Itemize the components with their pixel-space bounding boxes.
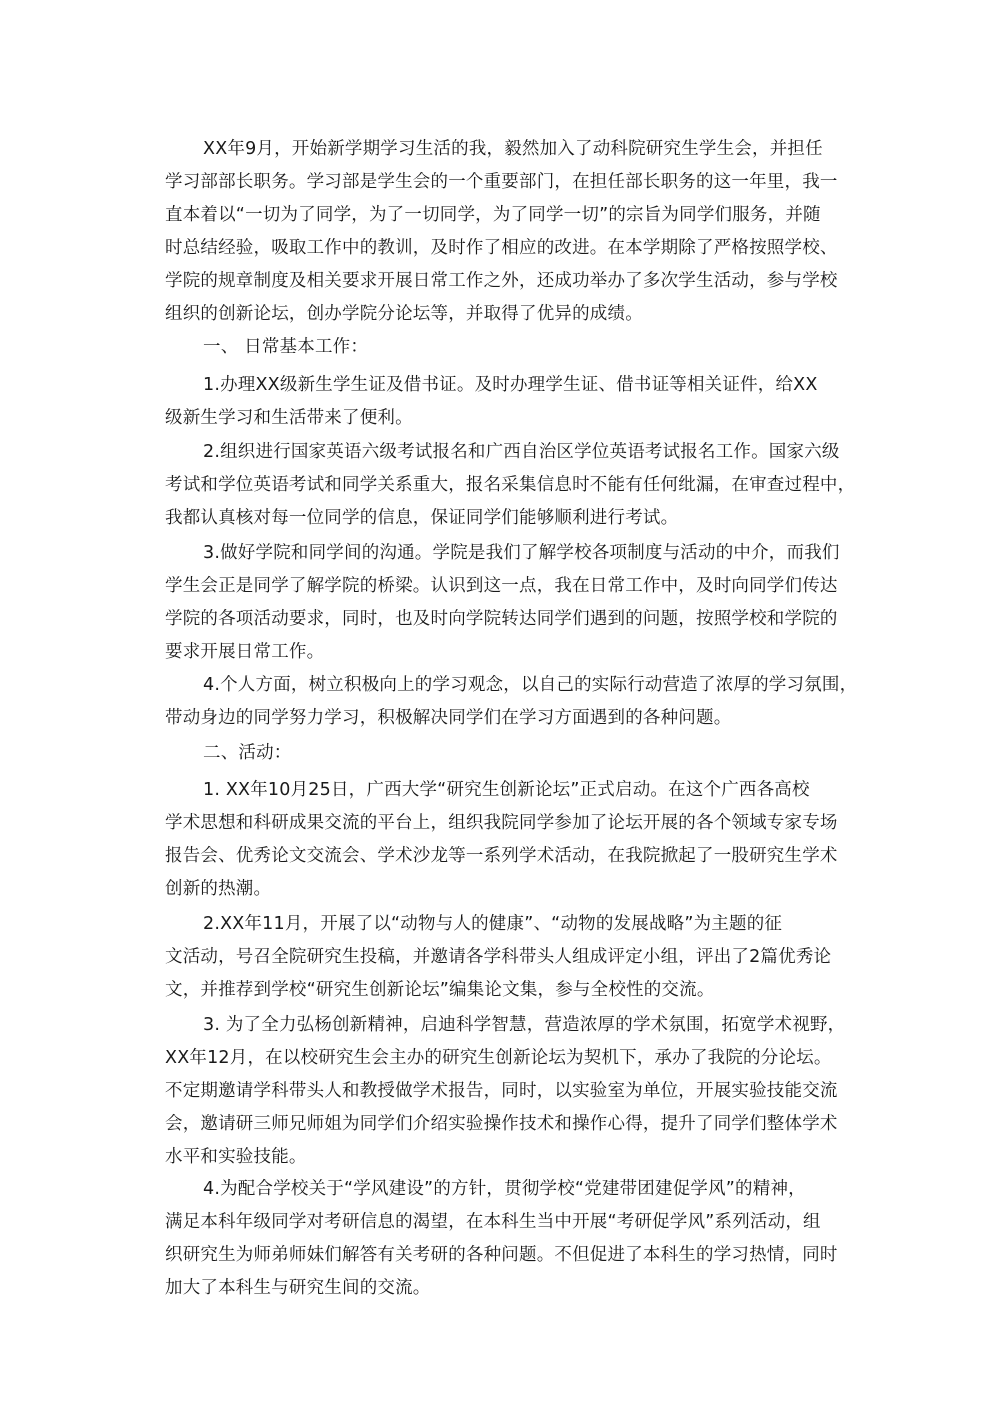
text-line: XX年9月，开始新学期学习生活的我，毅然加入了动科院研究生学生会，并担任 <box>165 133 855 166</box>
text-line: 3.做好学院和同学间的沟通。学院是我们了解学校各项制度与活动的中介，而我们 <box>165 537 855 570</box>
text-line: 满足本科年级同学对考研信息的渴望，在本科生当中开展“考研促学风”系列活动，组 <box>165 1206 855 1239</box>
section-heading: 二、活动： <box>165 737 855 770</box>
text-line: 带动身边的同学努力学习，积极解决同学们在学习方面遇到的各种问题。 <box>165 702 855 735</box>
text-line: 时总结经验，吸取工作中的教训，及时作了相应的改进。在本学期除了严格按照学校、 <box>165 232 855 265</box>
text-line: 学术思想和科研成果交流的平台上，组织我院同学参加了论坛开展的各个领域专家专场 <box>165 807 855 840</box>
text-line: 学院的各项活动要求，同时，也及时向学院转达同学们遇到的问题，按照学校和学院的 <box>165 603 855 636</box>
text-line: 报告会、优秀论文交流会、学术沙龙等一系列学术活动，在我院掀起了一股研究生学术 <box>165 840 855 873</box>
text-line: 学生会正是同学了解学院的桥梁。认识到这一点，我在日常工作中，及时向同学们传达 <box>165 570 855 603</box>
section-heading: 一、 日常基本工作： <box>165 331 855 364</box>
daily-item-1: 1.办理XX级新生学生证及借书证。及时办理学生证、借书证等相关证件，给XX 级新… <box>165 369 855 435</box>
text-line: 2.XX年11月，开展了以“动物与人的健康”、“动物的发展战略”为主题的征 <box>165 908 855 941</box>
text-line: 水平和实验技能。 <box>165 1141 855 1174</box>
text-line: 要求开展日常工作。 <box>165 636 855 669</box>
activity-item-4: 4.为配合学校关于“学风建设”的方针，贯彻学校“党建带团建促学风”的精神， 满足… <box>165 1173 855 1305</box>
text-line: 4.为配合学校关于“学风建设”的方针，贯彻学校“党建带团建促学风”的精神， <box>165 1173 855 1206</box>
text-line: 织研究生为师弟师妹们解答有关考研的各种问题。不但促进了本科生的学习热情，同时 <box>165 1239 855 1272</box>
section-heading-daily-work: 一、 日常基本工作： <box>165 331 855 364</box>
text-line: 组织的创新论坛，创办学院分论坛等，并取得了优异的成绩。 <box>165 298 855 331</box>
text-line: 我都认真核对每一位同学的信息，保证同学们能够顺利进行考试。 <box>165 502 855 535</box>
text-line: 加大了本科生与研究生间的交流。 <box>165 1272 855 1305</box>
activity-item-1: 1. XX年10月25日，广西大学“研究生创新论坛”正式启动。在这个广西各高校 … <box>165 774 855 906</box>
text-line: 4.个人方面，树立积极向上的学习观念，以自己的实际行动营造了浓厚的学习氛围， <box>165 669 855 702</box>
section-heading-activities: 二、活动： <box>165 737 855 770</box>
text-line: 2.组织进行国家英语六级考试报名和广西自治区学位英语考试报名工作。国家六级 <box>165 436 855 469</box>
text-line: 不定期邀请学科带头人和教授做学术报告，同时，以实验室为单位，开展实验技能交流 <box>165 1075 855 1108</box>
daily-item-3: 3.做好学院和同学间的沟通。学院是我们了解学校各项制度与活动的中介，而我们 学生… <box>165 537 855 669</box>
text-line: 学习部部长职务。学习部是学生会的一个重要部门，在担任部长职务的这一年里，我一 <box>165 166 855 199</box>
text-line: 文，并推荐到学校“研究生创新论坛”编集论文集，参与全校性的交流。 <box>165 974 855 1007</box>
daily-item-4: 4.个人方面，树立积极向上的学习观念，以自己的实际行动营造了浓厚的学习氛围， 带… <box>165 669 855 735</box>
text-line: 3. 为了全力弘杨创新精神，启迪科学智慧，营造浓厚的学术氛围，拓宽学术视野， <box>165 1009 855 1042</box>
activity-item-3: 3. 为了全力弘杨创新精神，启迪科学智慧，营造浓厚的学术氛围，拓宽学术视野， X… <box>165 1009 855 1174</box>
text-line: 会，邀请研三师兄师姐为同学们介绍实验操作技术和操作心得，提升了同学们整体学术 <box>165 1108 855 1141</box>
text-line: 1.办理XX级新生学生证及借书证。及时办理学生证、借书证等相关证件，给XX <box>165 369 855 402</box>
text-line: 文活动，号召全院研究生投稿，并邀请各学科带头人组成评定小组，评出了2篇优秀论 <box>165 941 855 974</box>
daily-item-2: 2.组织进行国家英语六级考试报名和广西自治区学位英语考试报名工作。国家六级 考试… <box>165 436 855 535</box>
text-line: 考试和学位英语考试和同学关系重大，报名采集信息时不能有任何纰漏，在审查过程中， <box>165 469 855 502</box>
text-line: 1. XX年10月25日，广西大学“研究生创新论坛”正式启动。在这个广西各高校 <box>165 774 855 807</box>
text-line: 创新的热潮。 <box>165 873 855 906</box>
text-line: 学院的规章制度及相关要求开展日常工作之外，还成功举办了多次学生活动，参与学校 <box>165 265 855 298</box>
document-page: XX年9月，开始新学期学习生活的我，毅然加入了动科院研究生学生会，并担任 学习部… <box>0 0 1000 1415</box>
intro-paragraph: XX年9月，开始新学期学习生活的我，毅然加入了动科院研究生学生会，并担任 学习部… <box>165 133 855 331</box>
text-line: XX年12月，在以校研究生会主办的研究生创新论坛为契机下，承办了我院的分论坛。 <box>165 1042 855 1075</box>
text-line: 直本着以“一切为了同学，为了一切同学，为了同学一切”的宗旨为同学们服务，并随 <box>165 199 855 232</box>
text-line: 级新生学习和生活带来了便利。 <box>165 402 855 435</box>
activity-item-2: 2.XX年11月，开展了以“动物与人的健康”、“动物的发展战略”为主题的征 文活… <box>165 908 855 1007</box>
